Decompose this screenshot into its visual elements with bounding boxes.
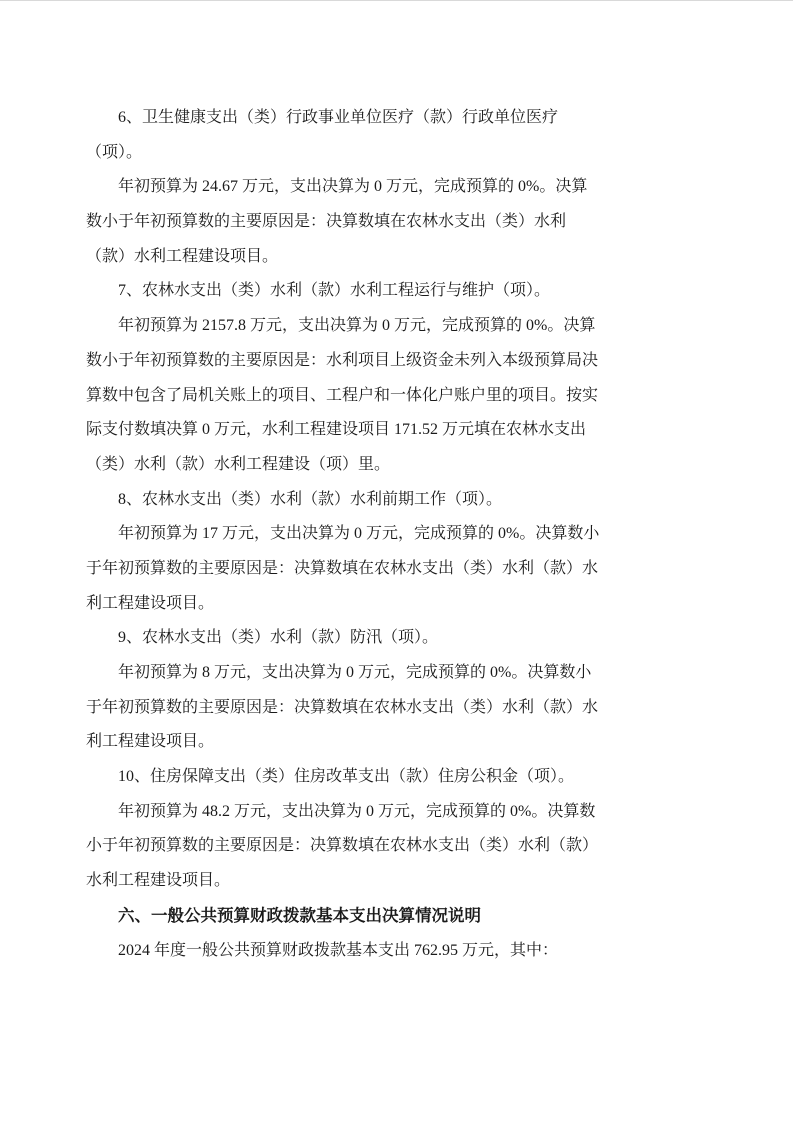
text-line: 年初预算为 48.2 万元，支出决算为 0 万元，完成预算的 0%。决算数 bbox=[86, 795, 706, 830]
text-line: （类）水利（款）水利工程建设（项）里。 bbox=[86, 448, 706, 483]
paragraph: 年初预算为 24.67 万元，支出决算为 0 万元，完成预算的 0%。决算数小于… bbox=[86, 170, 706, 274]
paragraph: 年初预算为 48.2 万元，支出决算为 0 万元，完成预算的 0%。决算数小于年… bbox=[86, 795, 706, 899]
text-line: 利工程建设项目。 bbox=[86, 725, 706, 760]
text-line: 年初预算为 17 万元，支出决算为 0 万元，完成预算的 0%。决算数小 bbox=[86, 517, 706, 552]
text-line: 六、一般公共预算财政拨款基本支出决算情况说明 bbox=[86, 899, 706, 934]
paragraph: 年初预算为 8 万元，支出决算为 0 万元，完成预算的 0%。决算数小于年初预算… bbox=[86, 656, 706, 760]
text-line: 10、住房保障支出（类）住房改革支出（款）住房公积金（项）。 bbox=[86, 760, 706, 795]
text-line: 年初预算为 2157.8 万元，支出决算为 0 万元，完成预算的 0%。决算 bbox=[86, 309, 706, 344]
text-line: 于年初预算数的主要原因是：决算数填在农林水支出（类）水利（款）水 bbox=[86, 552, 706, 587]
paragraph: 9、农林水支出（类）水利（款）防汛（项）。 bbox=[86, 621, 706, 656]
text-line: 7、农林水支出（类）水利（款）水利工程运行与维护（项）。 bbox=[86, 274, 706, 309]
text-line: 年初预算为 8 万元，支出决算为 0 万元，完成预算的 0%。决算数小 bbox=[86, 656, 706, 691]
document-body: 6、卫生健康支出（类）行政事业单位医疗（款）行政单位医疗（项）。年初预算为 24… bbox=[86, 101, 706, 968]
text-line: 9、农林水支出（类）水利（款）防汛（项）。 bbox=[86, 621, 706, 656]
paragraph: 年初预算为 17 万元，支出决算为 0 万元，完成预算的 0%。决算数小于年初预… bbox=[86, 517, 706, 621]
text-line: 数小于年初预算数的主要原因是：水利项目上级资金未列入本级预算局决 bbox=[86, 344, 706, 379]
text-line: 8、农林水支出（类）水利（款）水利前期工作（项）。 bbox=[86, 483, 706, 518]
text-line: 于年初预算数的主要原因是：决算数填在农林水支出（类）水利（款）水 bbox=[86, 691, 706, 726]
paragraph: 2024 年度一般公共预算财政拨款基本支出 762.95 万元，其中： bbox=[86, 934, 706, 969]
paragraph: 年初预算为 2157.8 万元，支出决算为 0 万元，完成预算的 0%。决算数小… bbox=[86, 309, 706, 482]
text-line: 算数中包含了局机关账上的项目、工程户和一体化户账户里的项目。按实 bbox=[86, 379, 706, 414]
text-line: （项）。 bbox=[86, 136, 706, 171]
section-heading: 六、一般公共预算财政拨款基本支出决算情况说明 bbox=[86, 899, 706, 934]
text-line: 际支付数填决算 0 万元，水利工程建设项目 171.52 万元填在农林水支出 bbox=[86, 413, 706, 448]
text-line: 数小于年初预算数的主要原因是：决算数填在农林水支出（类）水利 bbox=[86, 205, 706, 240]
text-line: 6、卫生健康支出（类）行政事业单位医疗（款）行政单位医疗 bbox=[86, 101, 706, 136]
text-line: 水利工程建设项目。 bbox=[86, 864, 706, 899]
paragraph: 7、农林水支出（类）水利（款）水利工程运行与维护（项）。 bbox=[86, 274, 706, 309]
text-line: 2024 年度一般公共预算财政拨款基本支出 762.95 万元，其中： bbox=[86, 934, 706, 969]
text-line: 利工程建设项目。 bbox=[86, 587, 706, 622]
text-line: （款）水利工程建设项目。 bbox=[86, 240, 706, 275]
text-line: 年初预算为 24.67 万元，支出决算为 0 万元，完成预算的 0%。决算 bbox=[86, 170, 706, 205]
paragraph: 6、卫生健康支出（类）行政事业单位医疗（款）行政单位医疗（项）。 bbox=[86, 101, 706, 170]
paragraph: 8、农林水支出（类）水利（款）水利前期工作（项）。 bbox=[86, 483, 706, 518]
paragraph: 10、住房保障支出（类）住房改革支出（款）住房公积金（项）。 bbox=[86, 760, 706, 795]
document-page: 6、卫生健康支出（类）行政事业单位医疗（款）行政单位医疗（项）。年初预算为 24… bbox=[0, 0, 793, 1123]
text-line: 小于年初预算数的主要原因是：决算数填在农林水支出（类）水利（款） bbox=[86, 829, 706, 864]
